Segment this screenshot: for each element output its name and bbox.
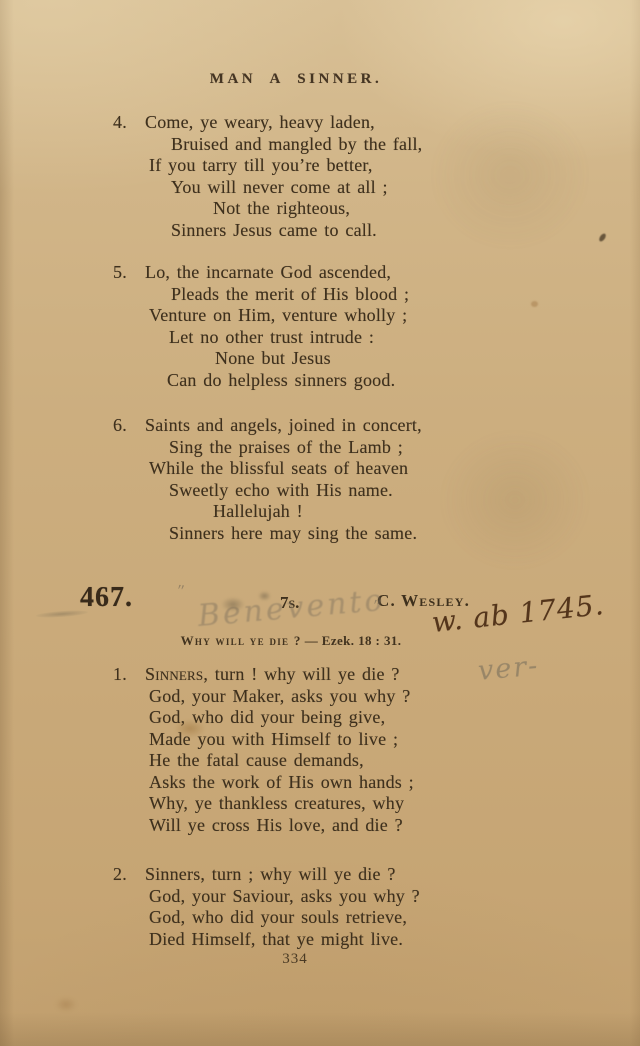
hymn-scripture: Why will ye die ? — Ezek. 18 : 31. [0, 633, 582, 649]
scripture-title: Why will ye die ? [181, 633, 302, 648]
verse-line: If you tarry till you’re better, [145, 155, 620, 177]
verse-line: You will never come at all ; [145, 177, 620, 199]
verse-line: God, who did your being give, [145, 707, 620, 729]
verse-line: Sinners here may sing the same. [145, 523, 620, 545]
verse-line: Asks the work of His own hands ; [145, 772, 620, 794]
verse-number: 1. [113, 664, 127, 686]
verse-line: Sinners Jesus came to call. [145, 220, 620, 242]
verse-line: While the blissful seats of heaven [145, 458, 620, 480]
verse: 6.Saints and angels, joined in concert,S… [113, 415, 620, 544]
verse-line: Sinners, turn ; why will ye die ? [145, 864, 620, 886]
paper-stain [55, 997, 77, 1012]
verse: 5.Lo, the incarnate God ascended,Pleads … [113, 262, 620, 391]
verse-line: Sweetly echo with His name. [145, 480, 620, 502]
handwritten-tune-name-pencil: Benevento [196, 583, 386, 634]
verse-line: Hallelujah ! [145, 501, 620, 523]
verse-number: 6. [113, 415, 127, 437]
verse-line: God, who did your souls retrieve, [145, 907, 620, 929]
verse-line: Will ye cross His love, and die ? [145, 815, 620, 837]
verse-number: 2. [113, 864, 127, 886]
verse-line: Made you with Himself to live ; [145, 729, 620, 751]
scripture-reference: — Ezek. 18 : 31. [302, 633, 402, 648]
verse-number: 4. [113, 112, 127, 134]
verse-line: Come, ye weary, heavy laden, [145, 112, 620, 134]
verse-line: He the fatal cause demands, [145, 750, 620, 772]
verse: 4.Come, ye weary, heavy laden,Bruised an… [113, 112, 620, 241]
verse-line: Let no other trust intrude : [145, 327, 620, 349]
verse: 2.Sinners, turn ; why will ye die ?God, … [113, 864, 620, 950]
verse-line: Lo, the incarnate God ascended, [145, 262, 620, 284]
verse-line: Can do helpless sinners good. [145, 370, 620, 392]
lead-word-small-caps: Sinners, [145, 664, 208, 684]
verse: 1.Sinners, turn ! why will ye die ?God, … [113, 664, 620, 836]
verse-line: Why, ye thankless creatures, why [145, 793, 620, 815]
running-head: MAN A SINNER. [0, 71, 592, 88]
verse-line: God, your Saviour, asks you why ? [145, 886, 620, 908]
pencil-quote-mark-left: ″ [175, 581, 185, 602]
pencil-dash-mark [36, 609, 88, 619]
page-number: 334 [0, 951, 590, 968]
verse-line: Sinners, turn ! why will ye die ? [145, 664, 620, 686]
verse-line: Bruised and mangled by the fall, [145, 134, 620, 156]
verse-line: Not the righteous, [145, 198, 620, 220]
verse-line: Pleads the merit of His blood ; [145, 284, 620, 306]
verse-line: Saints and angels, joined in concert, [145, 415, 620, 437]
verse-line: God, your Maker, asks you why ? [145, 686, 620, 708]
book-page: MAN A SINNER. 4.Come, ye weary, heavy la… [0, 0, 640, 1046]
verse-line: None but Jesus [145, 348, 620, 370]
hymn-number: 467. [80, 582, 133, 614]
verse-line: Venture on Him, venture wholly ; [145, 305, 620, 327]
verse-number: 5. [113, 262, 127, 284]
verse-line: Died Himself, that ye might live. [145, 929, 620, 951]
verse-line: Sing the praises of the Lamb ; [145, 437, 620, 459]
